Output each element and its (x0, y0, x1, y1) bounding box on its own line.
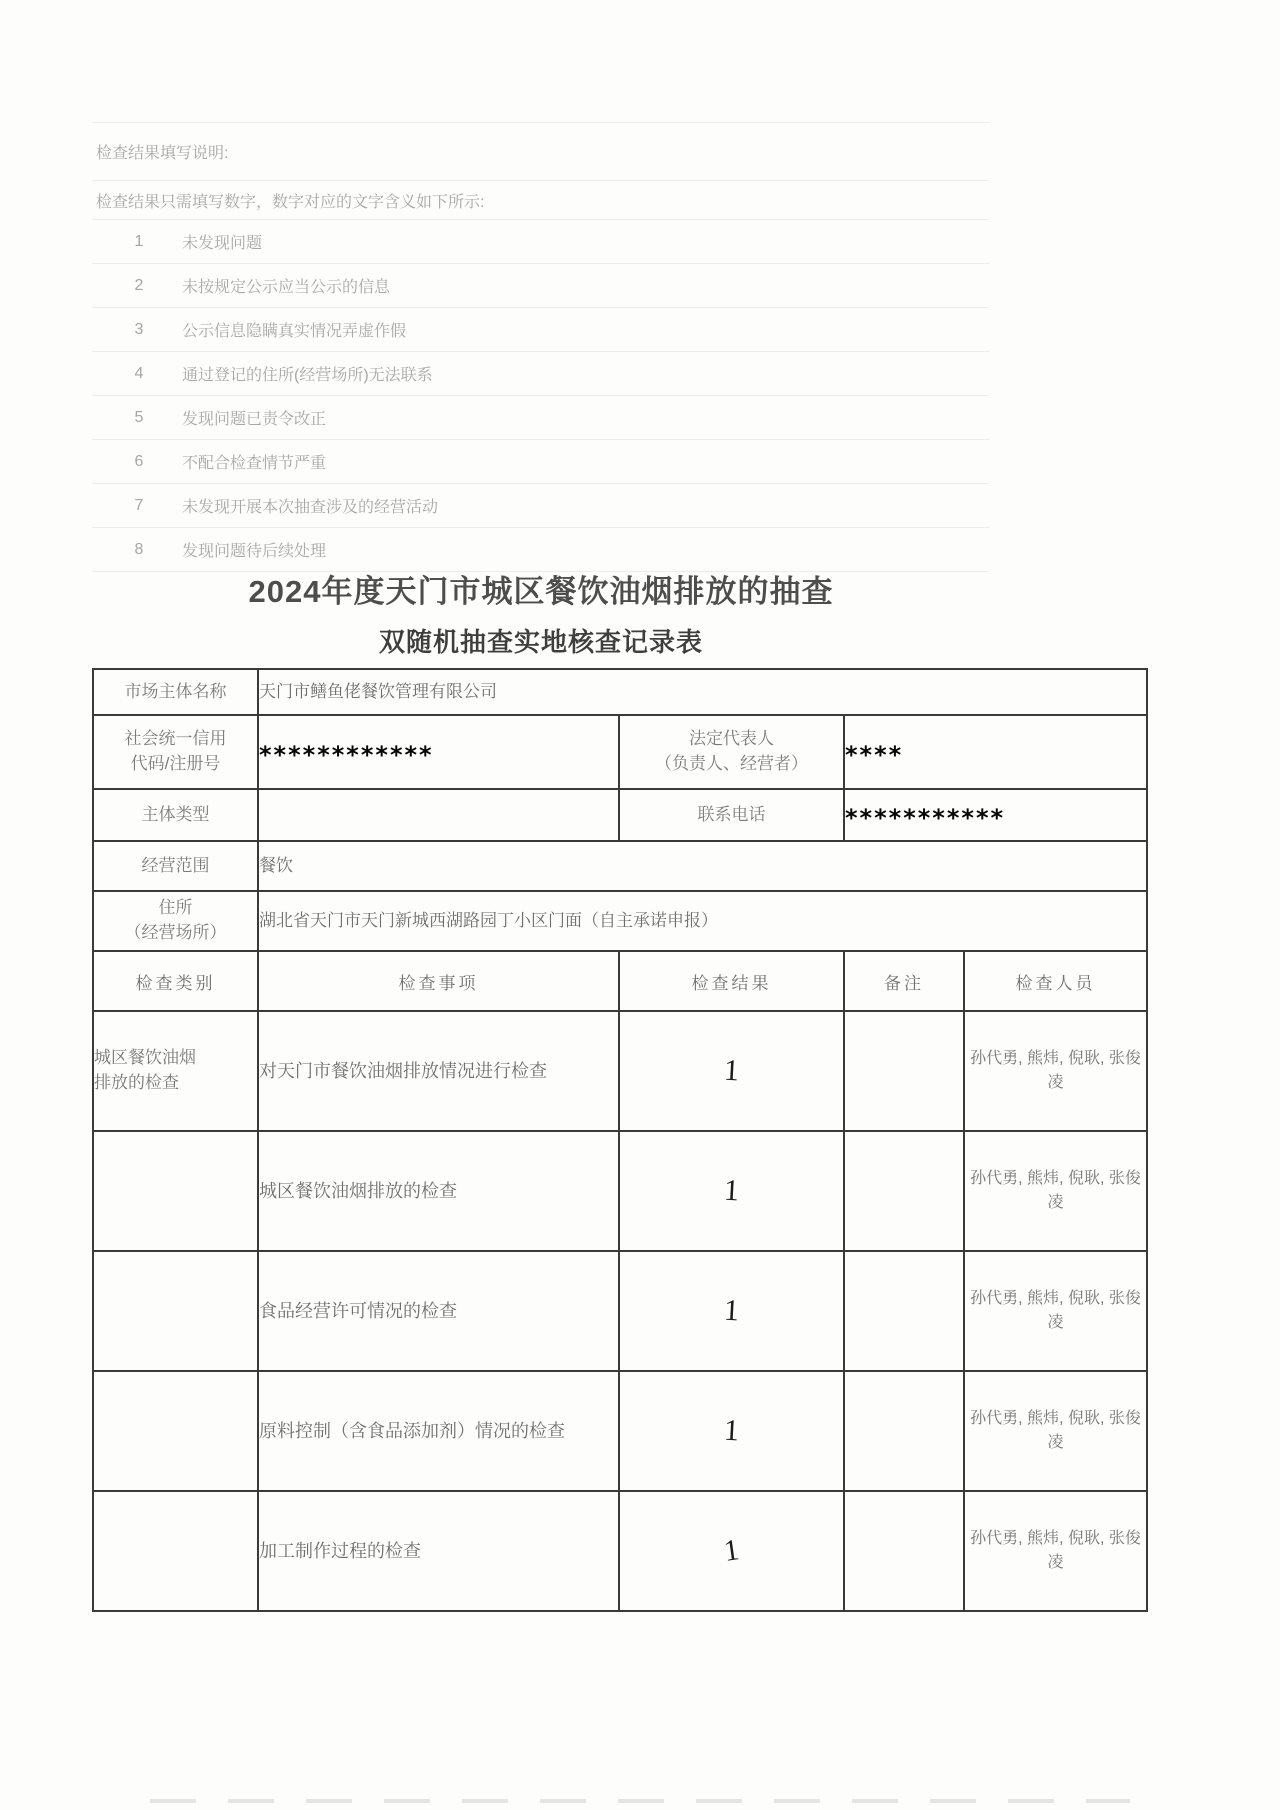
entity-type-row: 主体类型 联系电话 *********** (93, 789, 1147, 841)
remark-cell (844, 1491, 964, 1611)
legend-code: 7 (122, 497, 156, 515)
check-category (93, 1491, 258, 1611)
legend-code: 1 (122, 233, 156, 251)
legend-description: 未按规定公示应当公示的信息 (182, 274, 390, 297)
legend-code: 8 (122, 541, 156, 559)
check-row: 原料控制（含食品添加剂）情况的检查 1 孙代勇, 熊炜, 倪耿, 张俊凌 (93, 1371, 1147, 1491)
legend-note-row: 检查结果只需填写数字，数字对应的文字含义如下所示: (92, 181, 990, 220)
address-row: 住所 （经营场所） 湖北省天门市天门新城西湖路园丁小区门面（自主承诺申报） (93, 891, 1147, 951)
credit-code-label: 社会统一信用 代码/注册号 (93, 715, 258, 789)
check-item: 城区餐饮油烟排放的检查 (258, 1131, 619, 1251)
check-item: 食品经营许可情况的检查 (258, 1251, 619, 1371)
remark-cell (844, 1251, 964, 1371)
legend-description: 未发现开展本次抽查涉及的经营活动 (182, 494, 438, 517)
legend-description: 公示信息隐瞒真实情况弄虚作假 (182, 318, 406, 341)
remark-cell (844, 1371, 964, 1491)
legend-description: 发现问题待后续处理 (182, 538, 326, 561)
credit-code-row: 社会统一信用 代码/注册号 ************ 法定代表人 （负责人、经营… (93, 715, 1147, 789)
entity-name-label: 市场主体名称 (93, 669, 258, 715)
legend-row: 7 未发现开展本次抽查涉及的经营活动 (92, 484, 990, 528)
check-category: 城区餐饮油烟 排放的检查 (93, 1011, 258, 1131)
inspectors-cell: 孙代勇, 熊炜, 倪耿, 张俊凌 (964, 1491, 1147, 1611)
legend-description: 未发现问题 (182, 230, 262, 253)
result-code-legend: 检查结果填写说明: 检查结果只需填写数字，数字对应的文字含义如下所示: 1 未发… (92, 122, 990, 572)
legend-row: 4 通过登记的住所(经营场所)无法联系 (92, 352, 990, 396)
check-item: 加工制作过程的检查 (258, 1491, 619, 1611)
legend-row: 3 公示信息隐瞒真实情况弄虚作假 (92, 308, 990, 352)
inspectors-cell: 孙代勇, 熊炜, 倪耿, 张俊凌 (964, 1371, 1147, 1491)
masked-credit-code: ************ (259, 743, 434, 767)
legend-description: 发现问题已责令改正 (182, 406, 326, 429)
document-title: 2024年度天门市城区餐饮油烟排放的抽查 (92, 566, 990, 611)
check-row: 食品经营许可情况的检查 1 孙代勇, 熊炜, 倪耿, 张俊凌 (93, 1251, 1147, 1371)
legend-heading-row: 检查结果填写说明: (92, 122, 990, 181)
check-category (93, 1371, 258, 1491)
entity-name-row: 市场主体名称 天门市鳝鱼佬餐饮管理有限公司 (93, 669, 1147, 715)
legend-row: 2 未按规定公示应当公示的信息 (92, 264, 990, 308)
address-value: 湖北省天门市天门新城西湖路园丁小区门面（自主承诺申报） (258, 891, 1147, 951)
handwritten-result-mark: 1 (723, 1294, 740, 1329)
check-result-cell: 1 (619, 1131, 844, 1251)
scan-edge-artifact (150, 1799, 1130, 1803)
header-remark: 备注 (844, 951, 964, 1011)
legend-heading: 检查结果填写说明: (96, 140, 228, 163)
handwritten-result-mark: 1 (723, 1414, 740, 1449)
legend-code: 4 (122, 365, 156, 383)
document-subtitle: 双随机抽查实地核查记录表 (92, 622, 990, 659)
legal-rep-value: **** (844, 715, 1147, 789)
verification-record-table: 市场主体名称 天门市鳝鱼佬餐饮管理有限公司 社会统一信用 代码/注册号 ****… (92, 668, 1148, 1612)
check-row: 城区餐饮油烟 排放的检查 对天门市餐饮油烟排放情况进行检查 1 孙代勇, 熊炜,… (93, 1011, 1147, 1131)
masked-phone: *********** (845, 806, 1005, 830)
handwritten-result-mark: 1 (723, 1174, 740, 1209)
check-row: 加工制作过程的检查 1 孙代勇, 熊炜, 倪耿, 张俊凌 (93, 1491, 1147, 1611)
credit-code-value: ************ (258, 715, 619, 789)
legend-description: 通过登记的住所(经营场所)无法联系 (182, 362, 433, 385)
business-scope-value: 餐饮 (258, 841, 1147, 891)
legend-row: 1 未发现问题 (92, 220, 990, 264)
legend-code: 5 (122, 409, 156, 427)
check-result-cell: 1 (619, 1491, 844, 1611)
phone-value: *********** (844, 789, 1147, 841)
legend-code: 6 (122, 453, 156, 471)
check-header-row: 检查类别 检查事项 检查结果 备注 检查人员 (93, 951, 1147, 1011)
legend-code: 3 (122, 321, 156, 339)
remark-cell (844, 1011, 964, 1131)
legend-code: 2 (122, 277, 156, 295)
scanned-inspection-form: 检查结果填写说明: 检查结果只需填写数字，数字对应的文字含义如下所示: 1 未发… (0, 0, 1280, 1810)
entity-type-value (258, 789, 619, 841)
inspectors-cell: 孙代勇, 熊炜, 倪耿, 张俊凌 (964, 1251, 1147, 1371)
check-category (93, 1251, 258, 1371)
legend-description: 不配合检查情节严重 (182, 450, 326, 473)
check-result-cell: 1 (619, 1251, 844, 1371)
phone-label: 联系电话 (619, 789, 844, 841)
check-item: 原料控制（含食品添加剂）情况的检查 (258, 1371, 619, 1491)
check-result-cell: 1 (619, 1011, 844, 1131)
legend-note: 检查结果只需填写数字，数字对应的文字含义如下所示: (96, 189, 484, 212)
business-scope-row: 经营范围 餐饮 (93, 841, 1147, 891)
check-row: 城区餐饮油烟排放的检查 1 孙代勇, 熊炜, 倪耿, 张俊凌 (93, 1131, 1147, 1251)
remark-cell (844, 1131, 964, 1251)
handwritten-result-mark: 1 (722, 1533, 742, 1569)
legal-rep-label: 法定代表人 （负责人、经营者） (619, 715, 844, 789)
header-check-item: 检查事项 (258, 951, 619, 1011)
inspectors-cell: 孙代勇, 熊炜, 倪耿, 张俊凌 (964, 1011, 1147, 1131)
legend-row: 5 发现问题已责令改正 (92, 396, 990, 440)
check-item: 对天门市餐饮油烟排放情况进行检查 (258, 1011, 619, 1131)
inspectors-cell: 孙代勇, 熊炜, 倪耿, 张俊凌 (964, 1131, 1147, 1251)
entity-type-label: 主体类型 (93, 789, 258, 841)
header-inspectors: 检查人员 (964, 951, 1147, 1011)
legend-row: 6 不配合检查情节严重 (92, 440, 990, 484)
check-category (93, 1131, 258, 1251)
check-result-cell: 1 (619, 1371, 844, 1491)
entity-name-value: 天门市鳝鱼佬餐饮管理有限公司 (258, 669, 1147, 715)
header-check-category: 检查类别 (93, 951, 258, 1011)
address-label: 住所 （经营场所） (93, 891, 258, 951)
masked-legal-rep: **** (845, 743, 903, 767)
header-check-result: 检查结果 (619, 951, 844, 1011)
business-scope-label: 经营范围 (93, 841, 258, 891)
handwritten-result-mark: 1 (723, 1054, 740, 1089)
